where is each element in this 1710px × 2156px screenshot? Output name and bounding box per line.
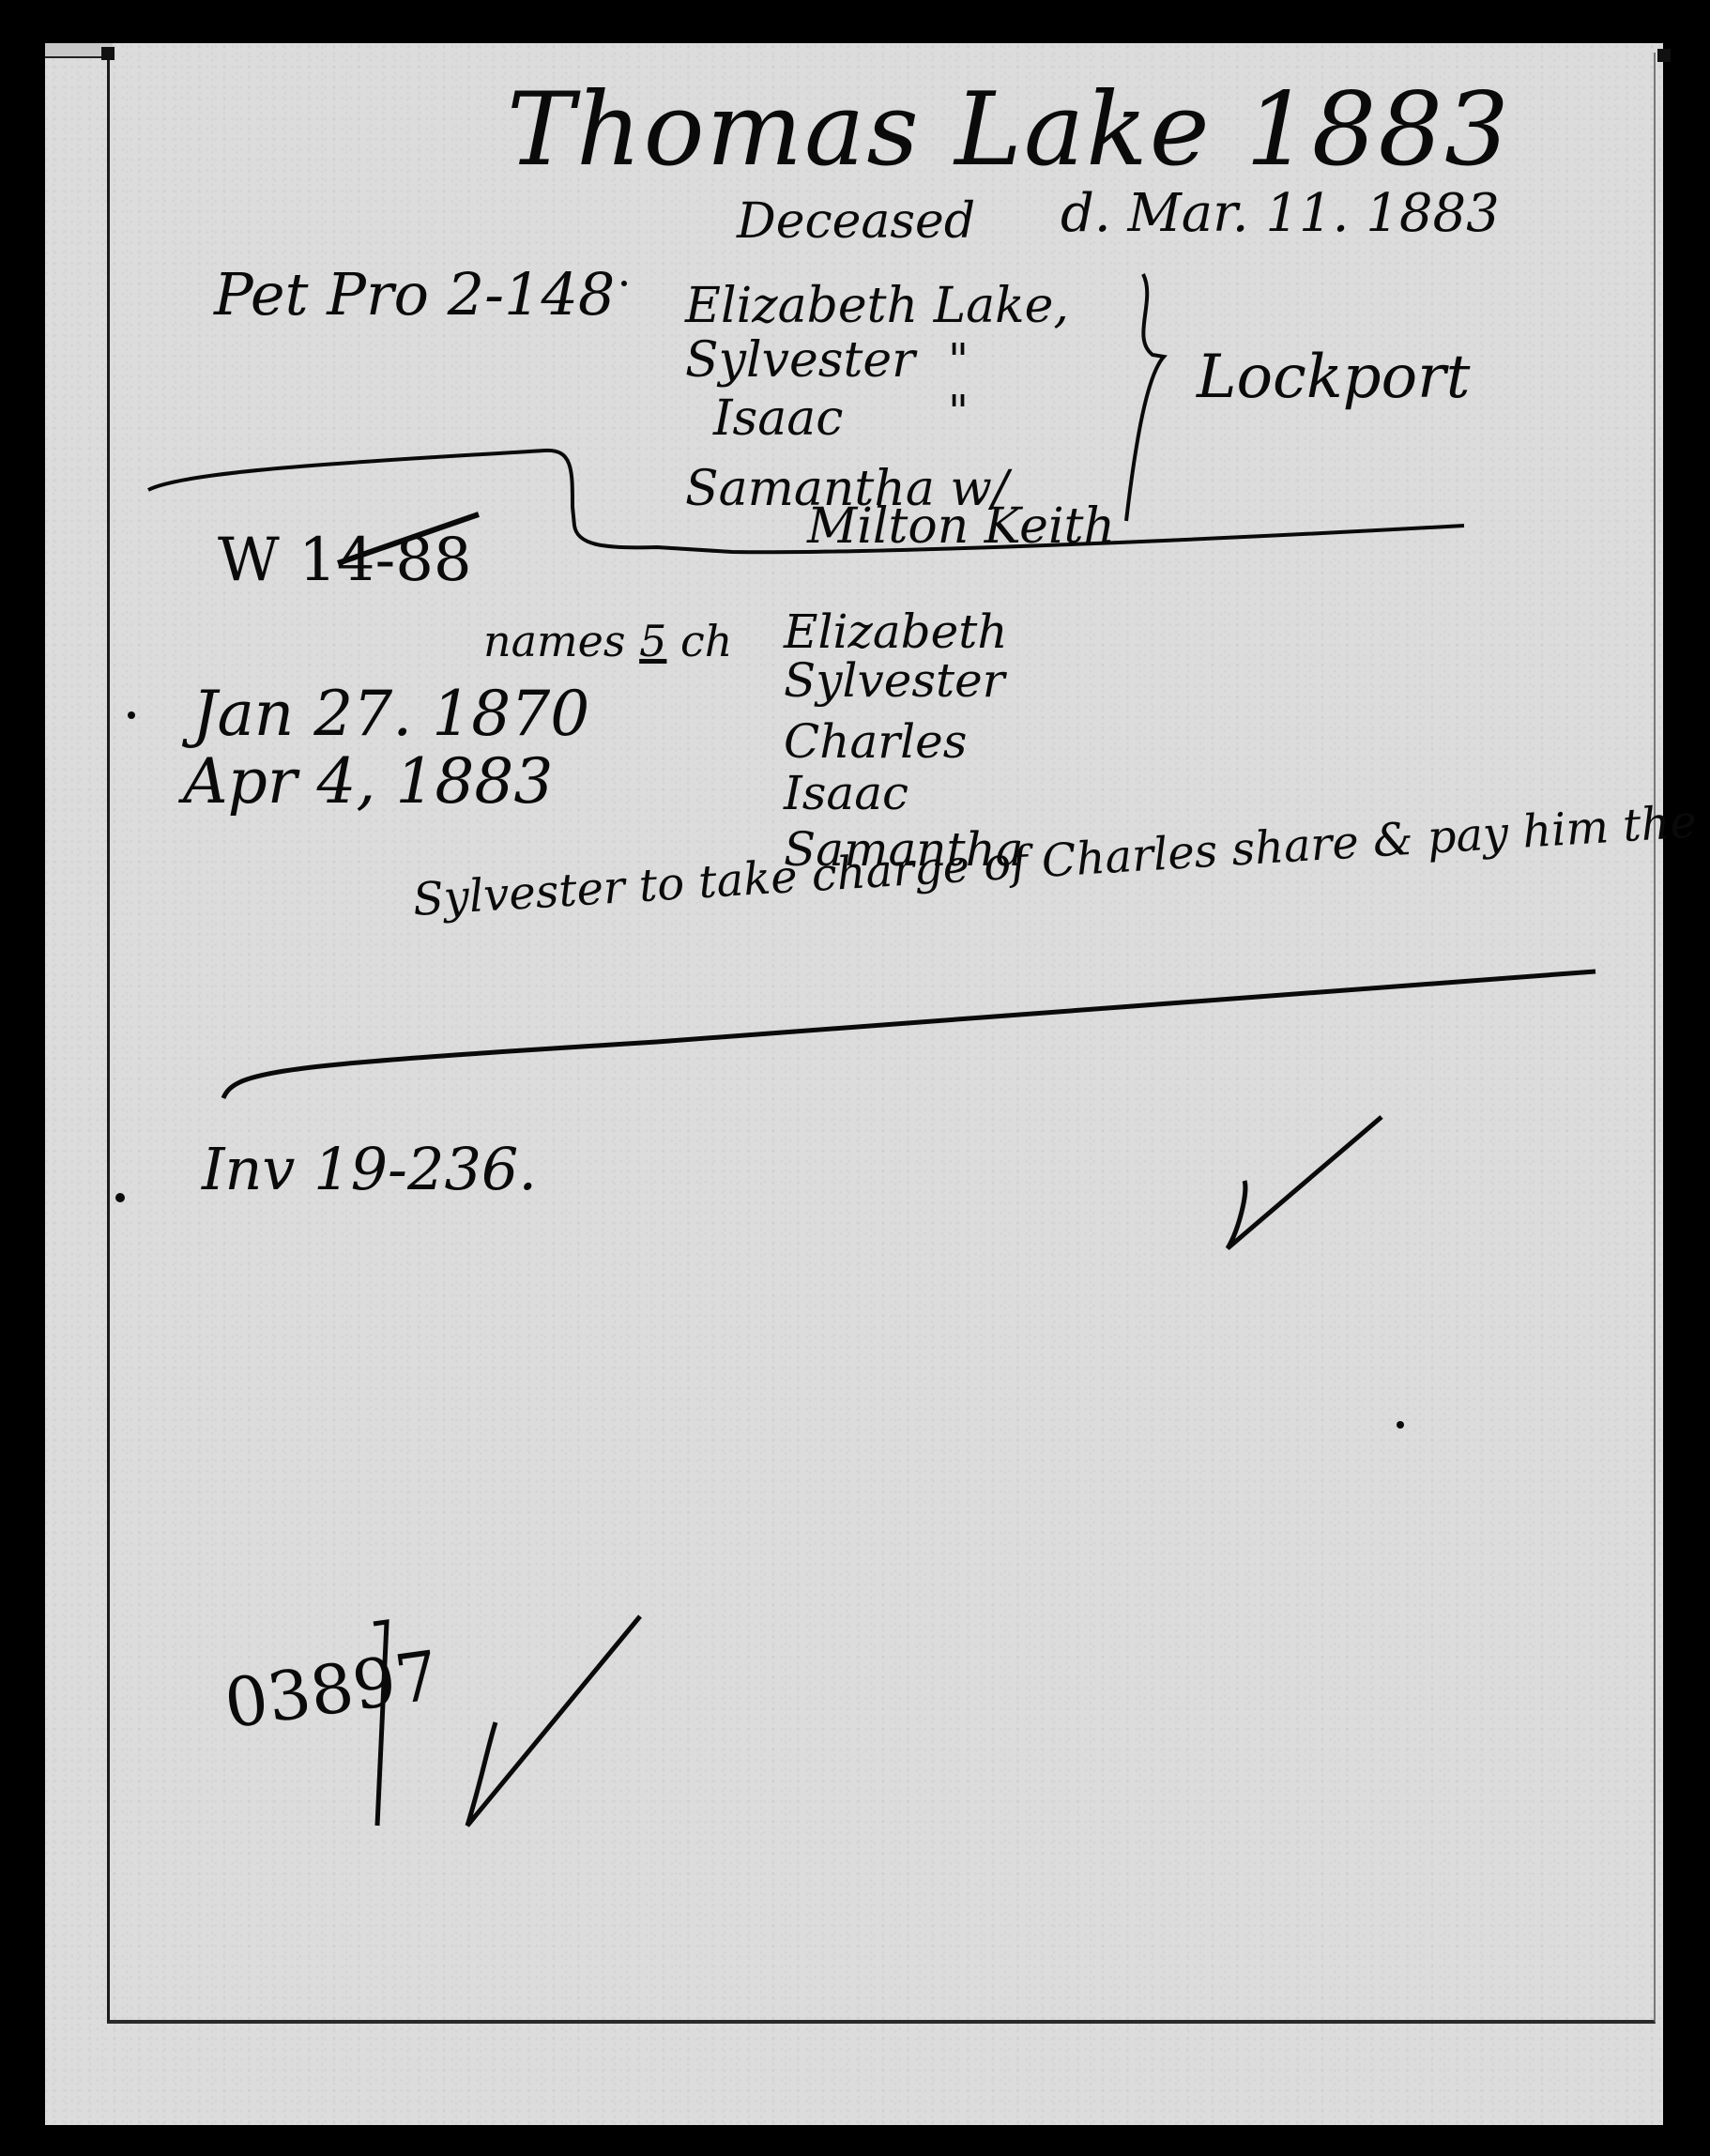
deceased-label: Deceased [737, 197, 975, 246]
child-name: Sylvester [784, 657, 1005, 704]
will-probated: Apr 4, 1883 [183, 751, 553, 813]
heir-name: Isaac [713, 394, 843, 443]
inventory-reference: Inv 19-236. [202, 1140, 537, 1199]
child-name: Isaac [784, 770, 908, 817]
names-label: names [483, 616, 626, 666]
ditto-mark: " [948, 390, 969, 435]
child-name: Charles [784, 718, 967, 765]
will-reference: W 14-88 [218, 530, 472, 590]
corner-mark-top-left [101, 47, 115, 60]
will-dated: Jan 27. 1870 [192, 683, 589, 745]
heirs-residence: Lockport [1197, 347, 1470, 407]
heir-spouse-name: Milton Keith [807, 502, 1115, 551]
ditto-mark: " [948, 338, 969, 383]
children-count: 5 [639, 616, 666, 666]
child-name: Elizabeth [784, 608, 1008, 655]
death-date: d. Mar. 11. 1883 [1061, 188, 1500, 240]
corner-mark-top-right [1657, 49, 1671, 62]
petition-reference: Pet Pro 2-148 [214, 266, 615, 324]
children-suffix: ch [680, 616, 732, 666]
heir-name: Sylvester [685, 336, 915, 385]
names-children-label: names 5 ch [483, 619, 732, 663]
record-title: Thomas Lake 1883 [507, 80, 1511, 181]
heir-name: Elizabeth Lake, [685, 282, 1069, 330]
